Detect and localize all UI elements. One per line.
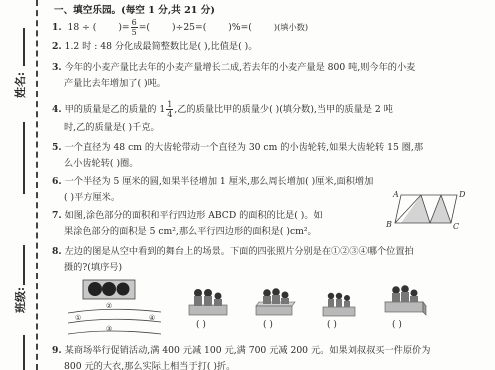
photo-3-answer-blank[interactable]: ( ): [327, 320, 337, 330]
question-4: 4.甲的质量是乙的质量的 114,乙的质量比甲的质量少( )(填分数),当甲的质…: [52, 100, 484, 119]
question-8: 8.左边的图是从空中看到的舞台上的场景。下面的四张照片分别是在①②③④哪个位置拍: [52, 244, 484, 260]
question-7: 7.如图,涂色部分的面积和平行四边形 ABCD 的面积的比是( )。如: [52, 208, 372, 224]
photo-1-answer-blank[interactable]: ( ): [196, 320, 206, 330]
position-1-label: ①: [75, 314, 81, 322]
binding-rule: [23, 28, 25, 66]
section-title: 一、填空乐园。(每空 1 分,共 21 分): [54, 2, 215, 16]
question-4-line2: 时,乙的质量是( )千克。: [52, 120, 495, 136]
photo-4-answer-blank[interactable]: ( ): [392, 320, 402, 330]
vertex-label-c: C: [453, 222, 459, 231]
binding-margin: 姓名: 班级:: [0, 0, 44, 370]
photo-1: [188, 286, 230, 318]
photo-3: [322, 290, 358, 318]
vertex-label-b: B: [385, 220, 392, 229]
performer-head: [102, 282, 116, 296]
name-write-line[interactable]: [23, 122, 25, 194]
name-label: 姓名:: [6, 70, 36, 100]
photo-2: [255, 286, 297, 318]
performer-head: [88, 282, 102, 296]
question-7-line2: 果涂色部分的面积是 5 cm²,那么平行四边形的面积是( )cm²。: [52, 224, 384, 240]
position-2-label: ②: [106, 302, 112, 310]
class-label: 班级:: [6, 285, 36, 315]
performer-head: [117, 283, 130, 296]
vertex-label-d: D: [458, 190, 466, 199]
question-9: 9.某商场举行促销活动,满 400 元减 100 元,满 700 元减 200 …: [52, 343, 484, 359]
vertex-label-a: A: [392, 190, 399, 199]
question-6: 6.一个半径为 5 厘米的圆,如果半径增加 1 厘米,那么周长增加( )厘米,面…: [52, 174, 484, 190]
position-3-label: ③: [106, 325, 112, 333]
question-5: 5.一个直径为 48 cm 的大齿轮带动一个直径为 30 cm 的小齿轮转,如果…: [52, 140, 484, 156]
stage-top-view-figure: ② ① ④ ③: [65, 278, 165, 338]
class-write-line[interactable]: [23, 335, 25, 370]
cut-line: [36, 0, 38, 370]
shaded-triangle-2: [430, 195, 451, 223]
question-3-line2: 产量比去年增加了( )吨。: [52, 76, 495, 92]
question-8-line2: 摄的?(填序号): [52, 260, 495, 276]
question-5-line2: 么小齿轮转( )圈。: [52, 156, 495, 172]
question-9-line2: 800 元的大衣,那么实际上相当于打( )折。: [52, 359, 495, 370]
question-3: 3.今年的小麦产量比去年的小麦产量增长二成,若去年的小麦产量是 800 吨,则今…: [52, 60, 484, 76]
parallelogram-abcd-figure: A D B C: [385, 190, 490, 240]
question-1: 1. 18 ÷ ()=65=()÷25=()%=()(填小数): [52, 18, 484, 37]
binding-rule: [23, 245, 25, 285]
question-2: 2.1.2 时 : 48 分化成最简整数比是( ),比值是( )。: [52, 39, 484, 55]
fraction-1-4: 14: [166, 100, 173, 119]
photo-2-answer-blank[interactable]: ( ): [263, 320, 273, 330]
fraction-6-5: 65: [131, 18, 138, 37]
photo-4: [384, 284, 428, 318]
position-4-label: ④: [149, 314, 155, 322]
